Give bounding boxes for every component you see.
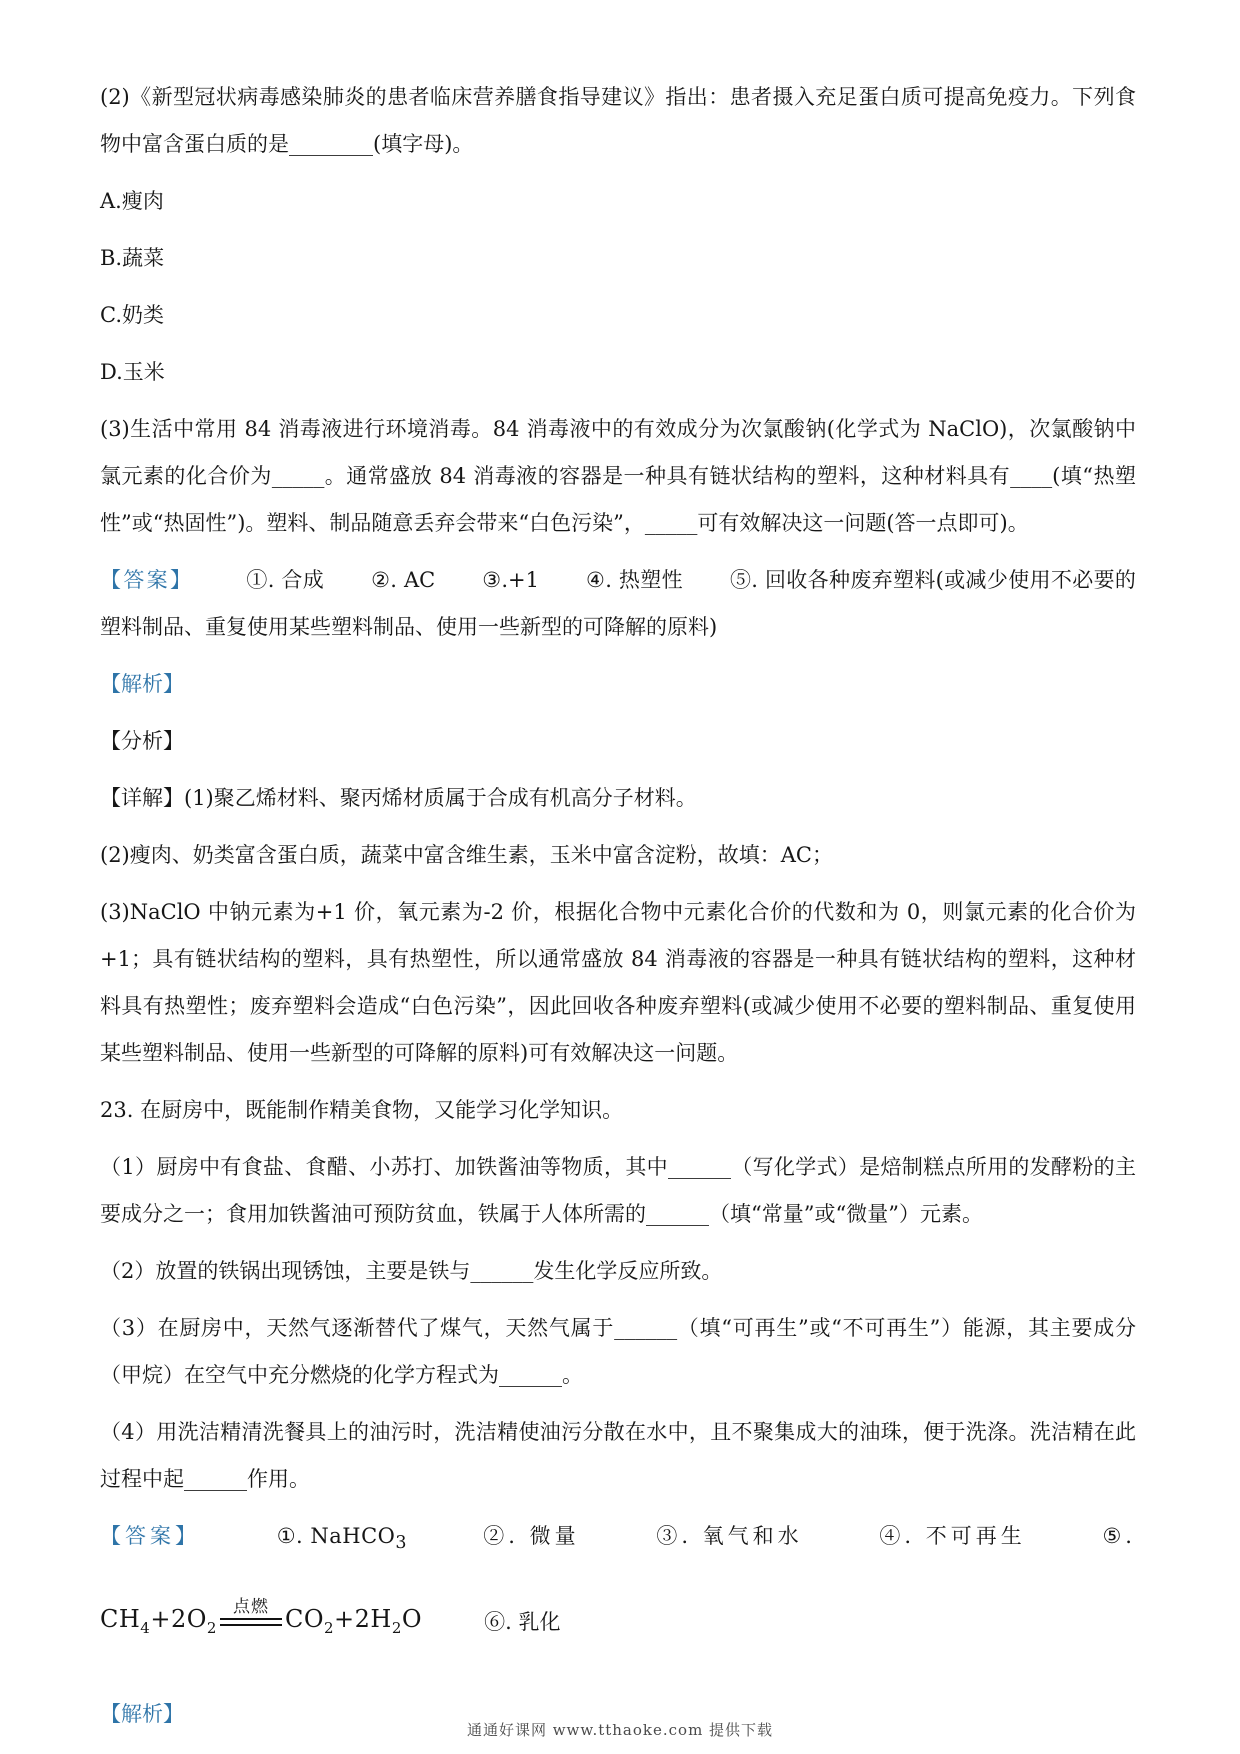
q22-jiexi-label: 【解析】 (100, 661, 1136, 708)
q23-part4-text: （4）用洗洁精清洗餐具上的油污时，洗洁精使油污分散在水中，且不聚集成大的油珠，便… (100, 1409, 1136, 1503)
eq-sub-2b: 2 (324, 1619, 334, 1637)
nahco3-subscript: 3 (395, 1533, 406, 1553)
q22-part3-text: (3)生活中常用 84 消毒液进行环境消毒。84 消毒液中的有效成分为次氯酸钠(… (100, 406, 1136, 547)
eq-product-o: O (402, 1605, 422, 1633)
eq-sub-2: 2 (207, 1619, 217, 1637)
q23-answer-item-2: ②. 微量 (483, 1513, 579, 1560)
q23-answer-item-6: ⑥. 乳化 (484, 1606, 560, 1636)
q22-option-c: C.奶类 (100, 292, 1136, 339)
eq-product-co2: CO (285, 1605, 324, 1633)
double-line-arrow (220, 1618, 282, 1626)
q23-part2-text: （2）放置的铁锅出现锈蚀，主要是铁与______发生化学反应所致。 (100, 1248, 1136, 1295)
eq-product-h2o: +2H (334, 1605, 392, 1633)
answer-label: 【答案】 (100, 1513, 200, 1560)
q23-answer-item-1: ①. NaHCO3 (277, 1513, 407, 1567)
ignite-label: 点燃 (233, 1598, 269, 1618)
q22-fenxi-label: 【分析】 (100, 718, 1136, 765)
q22-answer-item-3: ③.+1 (482, 568, 539, 592)
q22-detail-1: 【详解】(1)聚乙烯材料、聚丙烯材质属于合成有机高分子材料。 (100, 775, 1136, 822)
q22-option-d: D.玉米 (100, 349, 1136, 396)
q23-stem: 23. 在厨房中，既能制作精美食物，又能学习化学知识。 (100, 1087, 1136, 1134)
q22-part2-text: (2)《新型冠状病毒感染肺炎的患者临床营养膳食指导建议》指出：患者摄入充足蛋白质… (100, 74, 1136, 168)
document-page: (2)《新型冠状病毒感染肺炎的患者临床营养膳食指导建议》指出：患者摄入充足蛋白质… (0, 0, 1240, 1754)
q22-answer-item-4: ④. 热塑性 (586, 568, 683, 592)
eq-reactant-ch: CH (100, 1605, 140, 1633)
eq-sub-2c: 2 (392, 1619, 402, 1637)
chemical-equation: CH4+2O2点燃CO2+2H2O (100, 1605, 422, 1637)
eq-reactant-o2: +2O (150, 1605, 207, 1633)
q23-answer-line: 【答案】 ①. NaHCO3 ②. 微量 ③. 氧气和水 ④. 不可再生 ⑤. (100, 1513, 1136, 1567)
q22-detail-3: (3)NaClO 中钠元素为+1 价，氧元素为-2 价，根据化合物中元素化合价的… (100, 889, 1136, 1077)
q23-part1-text: （1）厨房中有食盐、食醋、小苏打、加铁酱油等物质，其中______（写化学式）是… (100, 1144, 1136, 1238)
q22-option-b: B.蔬菜 (100, 235, 1136, 282)
q22-answer-line: 【答案】 ①. 合成 ②. AC ③.+1 ④. 热塑性 ⑤. 回收各种废弃塑料… (100, 557, 1136, 651)
q22-answer-item-2: ②. AC (371, 568, 435, 592)
q23-part3-text: （3）在厨房中，天然气逐渐替代了煤气，天然气属于______（填“可再生”或“不… (100, 1305, 1136, 1399)
q22-answer-item-1: ①. 合成 (246, 568, 324, 592)
ignite-condition: 点燃 (220, 1598, 282, 1627)
q22-option-a: A.瘦肉 (100, 178, 1136, 225)
page-footer: 通通好课网 www.tthaoke.com 提供下载 (0, 1719, 1240, 1740)
q23-answer-item-4: ④. 不可再生 (879, 1513, 1025, 1560)
eq-sub-4: 4 (140, 1619, 150, 1637)
answer-label: 【答案】 (100, 568, 193, 592)
document-content: (2)《新型冠状病毒感染肺炎的患者临床营养膳食指导建议》指出：患者摄入充足蛋白质… (0, 0, 1240, 1738)
q23-equation-line: CH4+2O2点燃CO2+2H2O ⑥. 乳化 (100, 1581, 1136, 1661)
q23-answer-item-3: ③. 氧气和水 (656, 1513, 802, 1560)
q23-answer-item-5: ⑤. (1102, 1513, 1136, 1560)
q22-detail-2: (2)瘦肉、奶类富含蛋白质，蔬菜中富含维生素，玉米中富含淀粉，故填：AC； (100, 832, 1136, 879)
